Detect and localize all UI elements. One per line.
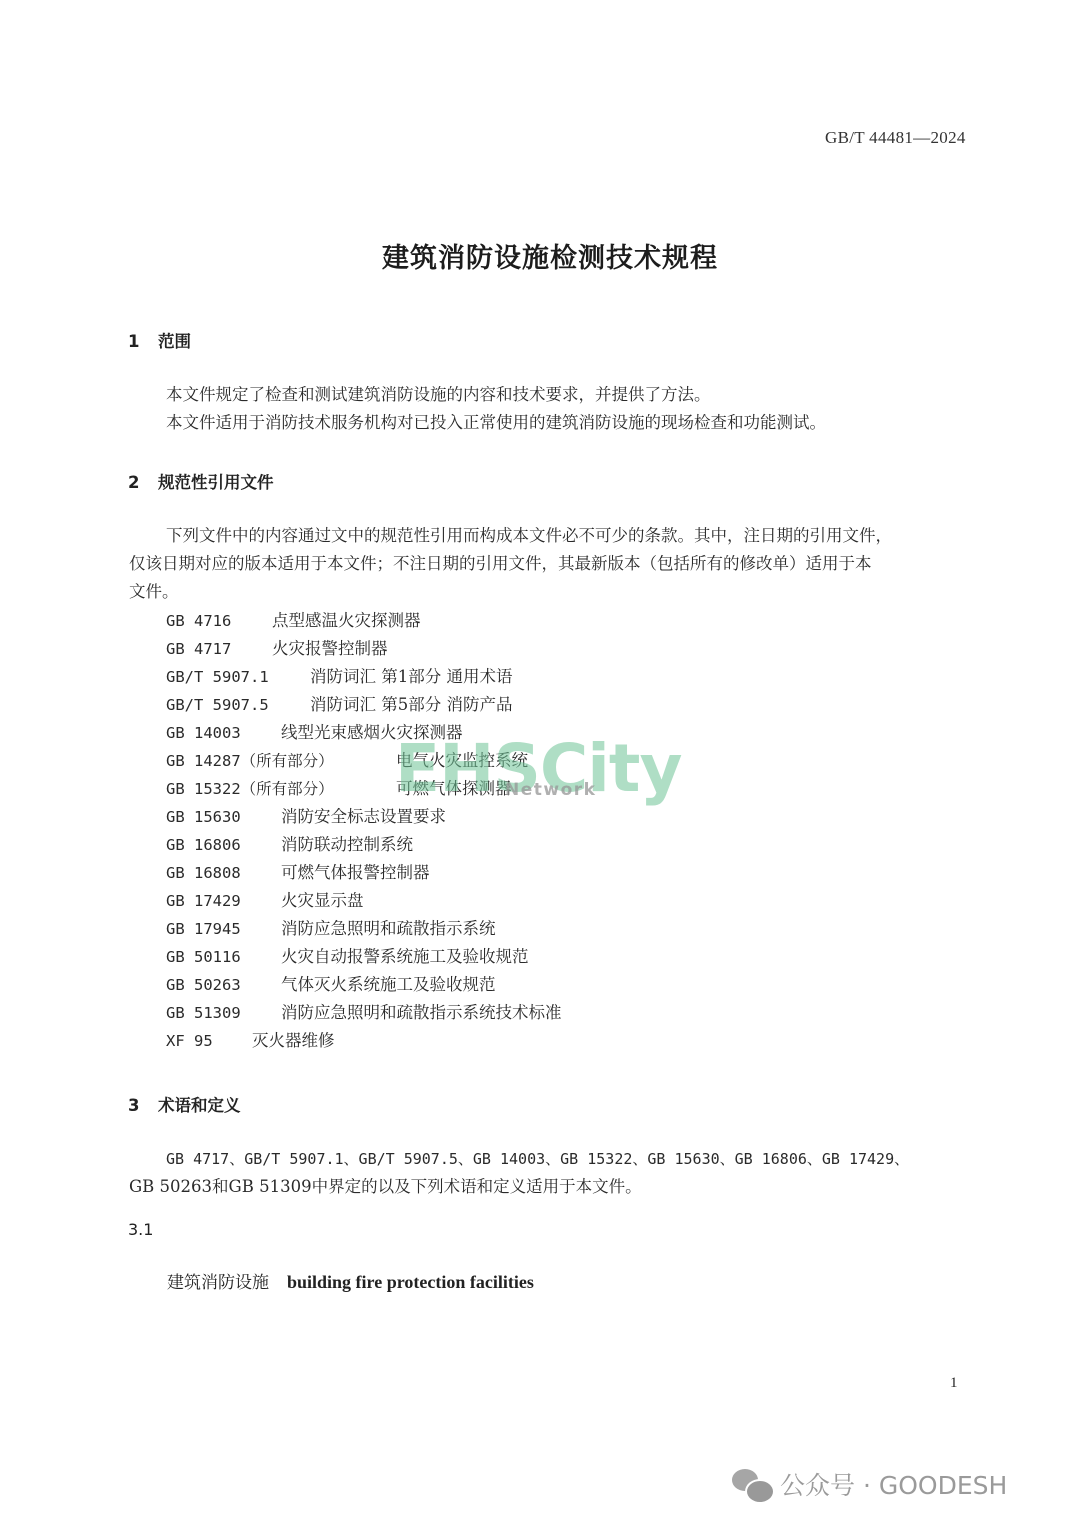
reference-item: GB 51309消防应急照明和疏散指示系统技术标准	[166, 999, 562, 1027]
reference-item: GB 15630消防安全标志设置要求	[166, 803, 562, 831]
reference-item: GB/T 5907.1消防词汇 第1部分 通用术语	[166, 663, 562, 691]
reference-item: GB 14287（所有部分）电气火灾监控系统	[166, 747, 562, 775]
wechat-icon	[732, 1467, 772, 1501]
section-2-heading: 2规范性引用文件	[128, 469, 274, 493]
references-intro-line-3: 文件。	[129, 578, 179, 606]
reference-item: GB 16806消防联动控制系统	[166, 831, 562, 859]
standard-number: GB/T 44481—2024	[825, 128, 966, 148]
section-title: 术语和定义	[158, 1096, 241, 1115]
section-number: 2	[128, 473, 158, 492]
scope-paragraph-1: 本文件规定了检查和测试建筑消防设施的内容和技术要求，并提供了方法。	[166, 381, 711, 409]
terms-intro-line-1: GB 4717、GB/T 5907.1、GB/T 5907.5、GB 14003…	[166, 1145, 909, 1173]
section-title: 范围	[158, 332, 191, 351]
reference-item: XF 95灭火器维修	[166, 1027, 562, 1055]
section-1-heading: 1范围	[128, 328, 191, 352]
reference-item: GB 4716点型感温火灾探测器	[166, 607, 562, 635]
reference-item: GB 50263气体灭火系统施工及验收规范	[166, 971, 562, 999]
section-3-heading: 3术语和定义	[128, 1092, 241, 1116]
term-chinese: 建筑消防设施	[167, 1273, 269, 1293]
footer-attribution: 公众号 · GOODESH	[732, 1466, 1007, 1502]
reference-item: GB 14003线型光束感烟火灾探测器	[166, 719, 562, 747]
footer-text: 公众号 · GOODESH	[780, 1466, 1007, 1502]
section-title: 规范性引用文件	[158, 473, 274, 492]
reference-list: GB 4716点型感温火灾探测器 GB 4717火灾报警控制器 GB/T 590…	[166, 607, 562, 1055]
page-number: 1	[950, 1375, 958, 1392]
term-entry: 建筑消防设施building fire protection facilitie…	[167, 1268, 534, 1293]
reference-item: GB 4717火灾报警控制器	[166, 635, 562, 663]
reference-item: GB 15322（所有部分）可燃气体探测器	[166, 775, 562, 803]
reference-item: GB 50116火灾自动报警系统施工及验收规范	[166, 943, 562, 971]
scope-paragraph-2: 本文件适用于消防技术服务机构对已投入正常使用的建筑消防设施的现场检查和功能测试。	[166, 409, 826, 437]
reference-item: GB 17429火灾显示盘	[166, 887, 562, 915]
subsection-number: 3.1	[128, 1220, 153, 1239]
term-english: building fire protection facilities	[287, 1272, 534, 1292]
watermark-subtext: Network	[505, 780, 596, 800]
document-title: 建筑消防设施检测技术规程	[0, 236, 1080, 275]
terms-intro-line-2: GB 50263和GB 51309中界定的以及下列术语和定义适用于本文件。	[129, 1173, 642, 1201]
references-intro-line-2: 仅该日期对应的版本适用于本文件；不注日期的引用文件，其最新版本（包括所有的修改单…	[129, 550, 872, 578]
reference-item: GB/T 5907.5消防词汇 第5部分 消防产品	[166, 691, 562, 719]
section-number: 3	[128, 1096, 158, 1115]
reference-item: GB 17945消防应急照明和疏散指示系统	[166, 915, 562, 943]
references-intro-line-1: 下列文件中的内容通过文中的规范性引用而构成本文件必不可少的条款。其中，注日期的引…	[166, 522, 892, 550]
reference-item: GB 16808可燃气体报警控制器	[166, 859, 562, 887]
section-number: 1	[128, 332, 158, 351]
